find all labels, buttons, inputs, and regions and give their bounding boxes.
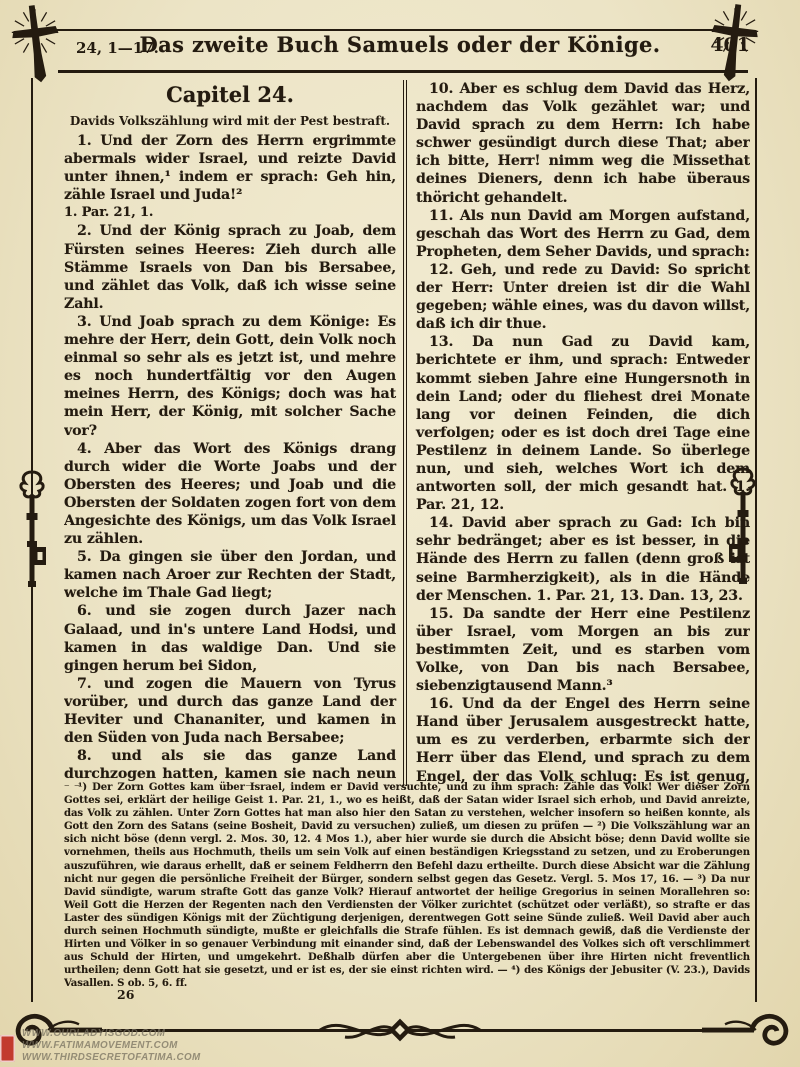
watermark-line: WWW.THIRDSECRETOFATIMA.COM: [22, 1052, 201, 1064]
verse-1: 1. Und der Zorn des Herrn ergrimmte aber…: [64, 132, 396, 204]
verse-1-reference: 1. Par. 21, 1.: [64, 204, 396, 222]
right-column: 10. Aber es schlug dem David das Herz, n…: [407, 80, 750, 786]
watermark-line: WWW.OURLADYISGOD.COM: [22, 1028, 201, 1040]
header-rule: [58, 70, 748, 73]
verse-6: 6. und sie zogen durch Jazer nach Galaad…: [64, 602, 396, 674]
signature-mark: 26: [117, 987, 134, 1002]
footnotes-block: ¹) Der Zorn Gottes kam über Israel, inde…: [64, 781, 750, 988]
watermark-block: WWW.OURLADYISGOD.COM WWW.FATIMAMOVEMENT.…: [22, 1028, 201, 1063]
verse-13: 13. Da nun Gad zu David kam, berichtete …: [416, 333, 750, 514]
verse-2: 2. Und der König sprach zu Joab, dem Für…: [64, 222, 396, 312]
verse-4: 4. Aber das Wort des Königs drang durch …: [64, 440, 396, 549]
watermark-line: WWW.FATIMAMOVEMENT.COM: [22, 1040, 201, 1052]
key-icon: [17, 468, 47, 594]
frame-top-rule: [55, 29, 713, 31]
flourish-icon: [315, 1010, 485, 1050]
page-number: 401: [698, 34, 750, 56]
verse-12: 12. Geh, und rede zu David: So spricht d…: [416, 261, 750, 333]
verse-11: 11. Als nun David am Morgen aufstand, ge…: [416, 207, 750, 261]
verse-14: 14. David aber sprach zu Gad: Ich bin se…: [416, 514, 750, 604]
verse-16: 16. Und da der Engel des Herrn seine Han…: [416, 695, 750, 786]
chapter-heading: Capitel 24.: [64, 82, 396, 107]
watermark-logo: [0, 1035, 15, 1062]
page-title: Das zweite Buch Samuels oder der Könige.: [100, 32, 700, 57]
verse-10: 10. Aber es schlug dem David das Herz, n…: [416, 80, 750, 207]
verse-7: 7. und zogen die Mauern von Tyrus vorübe…: [64, 675, 396, 747]
footnotes-text: ¹) Der Zorn Gottes kam über Israel, inde…: [64, 781, 750, 988]
verse-3: 3. Und Joab sprach zu dem Könige: Es meh…: [64, 313, 396, 440]
cross-icon: [6, 3, 64, 85]
left-column: Capitel 24. Davids Volkszählung wird mit…: [64, 80, 403, 786]
verse-15: 15. Da sandte der Herr eine Pestilenz üb…: [416, 605, 750, 695]
text-columns: Capitel 24. Davids Volkszählung wird mit…: [64, 80, 750, 786]
scroll-ornament-icon: [702, 1007, 798, 1055]
chapter-subtitle: Davids Volkszählung wird mit der Pest be…: [64, 114, 396, 128]
verse-5: 5. Da gingen sie über den Jordan, und ka…: [64, 548, 396, 602]
